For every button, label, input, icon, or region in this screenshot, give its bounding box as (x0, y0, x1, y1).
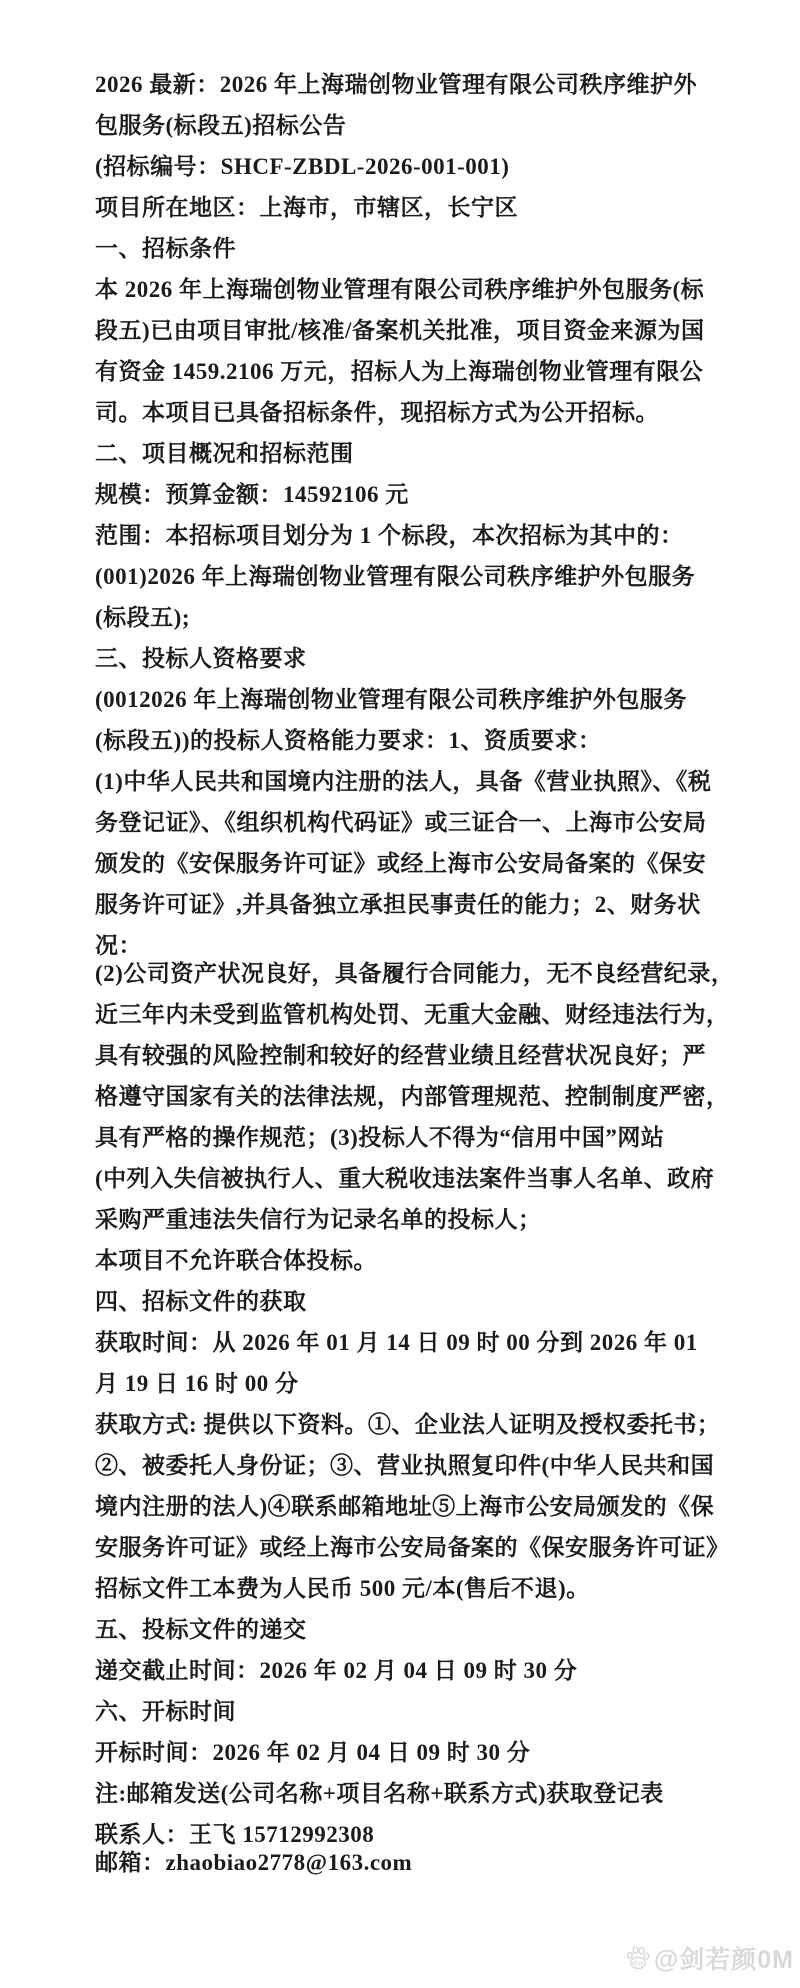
text-line: (0012026 年上海瑞创物业管理有限公司秩序维护外包服务 (95, 679, 745, 720)
text-line: 招标文件工本费为人民币 500 元/本(售后不退)。 (95, 1568, 745, 1609)
text-line: 近三年内未受到监管机构处罚、无重大金融、财经违法行为， (95, 994, 745, 1035)
text-line: 安服务许可证》或经上海市公安局备案的《保安服务许可证》 (95, 1527, 745, 1568)
announcement-document: 2026 最新：2026 年上海瑞创物业管理有限公司秩序维护外包服务(标段五)招… (95, 64, 745, 1883)
watermark-text: @剑若颜0M (654, 1940, 794, 1976)
text-line: 注:邮箱发送(公司名称+项目名称+联系方式)获取登记表 (95, 1773, 745, 1814)
text-line: 段五)已由项目审批/核准/备案机关批准，项目资金来源为国 (95, 310, 745, 351)
text-line: 项目所在地区：上海市，市辖区，长宁区 (95, 187, 745, 228)
text-line: 有资金 1459.2106 万元，招标人为上海瑞创物业管理有限公 (95, 351, 745, 392)
text-line: 六、开标时间 (95, 1691, 745, 1732)
text-line: 具有较强的风险控制和较好的经营业绩且经营状况良好；严 (95, 1035, 745, 1076)
text-line: (1)中华人民共和国境内注册的法人，具备《营业执照》、《税 (95, 761, 745, 802)
text-line: (中列入失信被执行人、重大税收违法案件当事人名单、政府 (95, 1158, 745, 1199)
text-line: (标段五); (95, 597, 745, 638)
text-line: 三、投标人资格要求 (95, 638, 745, 679)
text-line: 开标时间：2026 年 02 月 04 日 09 时 30 分 (95, 1732, 745, 1773)
text-line: 境内注册的法人)④联系邮箱地址⑤上海市公安局颁发的《保 (95, 1486, 745, 1527)
text-line: 格遵守国家有关的法律法规，内部管理规范、控制制度严密， (95, 1076, 745, 1117)
text-line: 本项目不允许联合体投标。 (95, 1240, 745, 1281)
text-line: (001)2026 年上海瑞创物业管理有限公司秩序维护外包服务 (95, 556, 745, 597)
text-line: 服务许可证》,并具备独立承担民事责任的能力；2、财务状 (95, 884, 745, 925)
text-line: 获取方式: 提供以下资料。①、企业法人证明及授权委托书； (95, 1404, 745, 1445)
text-line: 二、项目概况和招标范围 (95, 433, 745, 474)
text-line: 采购严重违法失信行为记录名单的投标人； (95, 1199, 745, 1240)
watermark: du @剑若颜0M (625, 1940, 794, 1976)
text-line: 邮箱：zhaobiao2778@163.com (95, 1842, 745, 1883)
text-line: 务登记证》、《组织机构代码证》或三证合一、上海市公安局 (95, 802, 745, 843)
text-line: 司。本项目已具备招标条件，现招标方式为公开招标。 (95, 392, 745, 433)
text-line: 规模：预算金额：14592106 元 (95, 474, 745, 515)
text-line: (2)公司资产状况良好，具备履行合同能力，无不良经营纪录， (95, 953, 745, 994)
text-line: 2026 最新：2026 年上海瑞创物业管理有限公司秩序维护外 (95, 64, 745, 105)
text-line: 获取时间：从 2026 年 01 月 14 日 09 时 00 分到 2026 … (95, 1322, 745, 1363)
text-line: (标段五))的投标人资格能力要求：1、资质要求： (95, 720, 745, 761)
text-line: 包服务(标段五)招标公告 (95, 105, 745, 146)
text-line: (招标编号：SHCF-ZBDL-2026-001-001) (95, 146, 745, 187)
text-line: 具有严格的操作规范；(3)投标人不得为“信用中国”网站 (95, 1117, 745, 1158)
baidu-paw-icon: du (625, 1945, 651, 1971)
document-body: 2026 最新：2026 年上海瑞创物业管理有限公司秩序维护外包服务(标段五)招… (95, 64, 745, 1883)
text-line: 一、招标条件 (95, 228, 745, 269)
text-line: 月 19 日 16 时 00 分 (95, 1363, 745, 1404)
text-line: 五、投标文件的递交 (95, 1609, 745, 1650)
text-line: 范围：本招标项目划分为 1 个标段，本次招标为其中的： (95, 515, 745, 556)
svg-text:du: du (632, 1959, 643, 1968)
text-line: 本 2026 年上海瑞创物业管理有限公司秩序维护外包服务(标 (95, 269, 745, 310)
text-line: 递交截止时间：2026 年 02 月 04 日 09 时 30 分 (95, 1650, 745, 1691)
text-line: 颁发的《安保服务许可证》或经上海市公安局备案的《保安 (95, 843, 745, 884)
text-line: 四、招标文件的获取 (95, 1281, 745, 1322)
text-line: ②、被委托人身份证；③、营业执照复印件(中华人民共和国 (95, 1445, 745, 1486)
